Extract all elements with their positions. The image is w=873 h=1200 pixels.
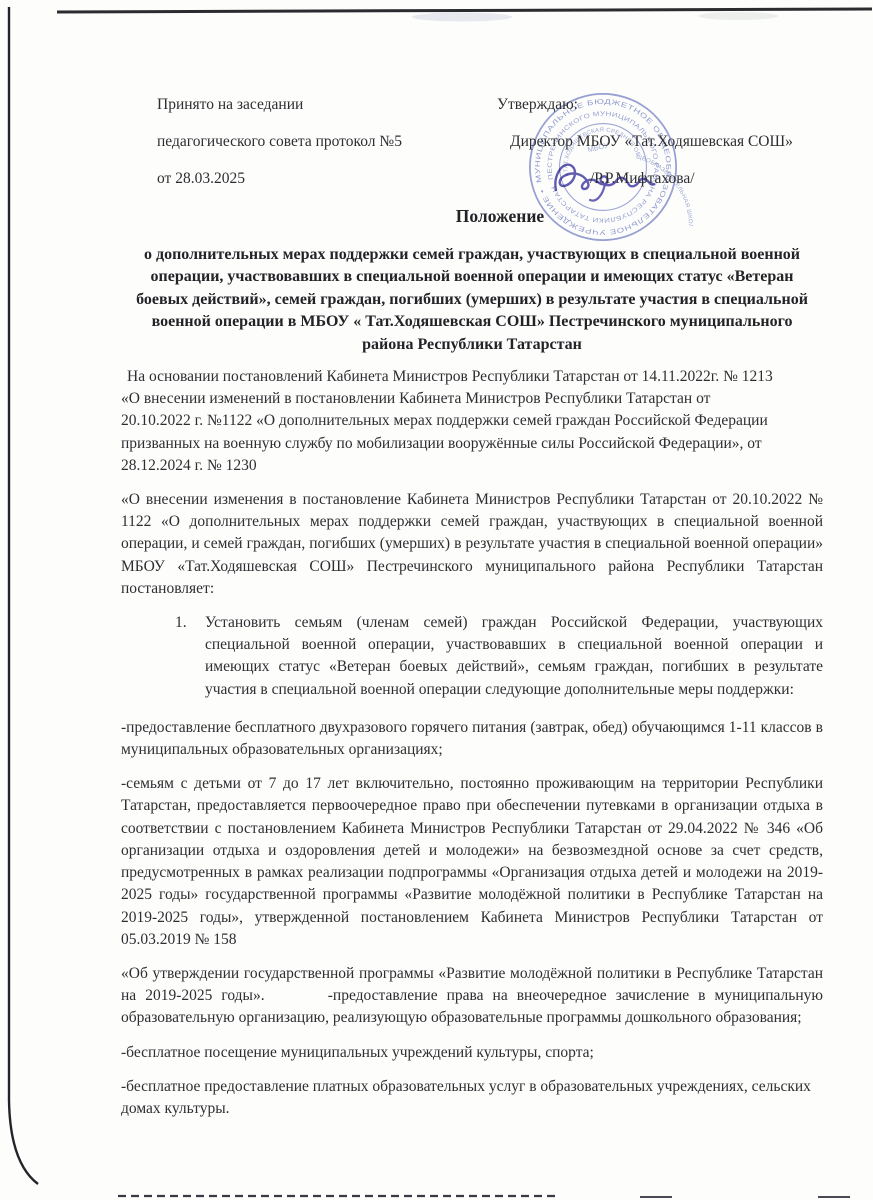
document-content: Принято на заседании педагогического сов… — [121, 96, 823, 1120]
approval-header: Принято на заседании педагогического сов… — [121, 96, 823, 196]
item-1-number: 1. — [175, 612, 187, 634]
paragraph-measure-vouchers: -семьям с детьми от 7 до 17 лет включите… — [121, 773, 823, 951]
scan-left-edge-line — [9, 7, 38, 1184]
scanned-document-page: МУНИЦИПАЛЬНОЕ БЮДЖЕТНОЕ ОБЩЕОБРАЗОВАТЕЛЬ… — [0, 0, 873, 1200]
paragraph-measure-paid-services: -бесплатное предоставление платных образ… — [121, 1076, 823, 1120]
paragraph-amendment: «О внесении изменения в постановление Ка… — [121, 489, 823, 600]
approved-label: Утверждаю: — [497, 96, 827, 114]
scan-ink-smudge-2 — [698, 12, 778, 20]
approved-director-line: Директор МБОУ «Тат.Ходяшевская СОШ» — [510, 133, 827, 151]
paragraph-legal-basis: На основании постановлений Кабинета Мини… — [121, 366, 823, 477]
item-1-text: Установить семьям (членам семей) граждан… — [205, 614, 823, 698]
numbered-item-1: 1. Установить семьям (членам семей) граж… — [121, 612, 823, 701]
accepted-line-1: Принято на заседании — [157, 96, 487, 114]
basis-line: «О внесении изменений в постановлении Ка… — [121, 388, 823, 410]
scan-ink-smudge — [412, 13, 512, 22]
document-title: Положение — [149, 206, 851, 226]
accepted-block: Принято на заседании педагогического сов… — [157, 96, 487, 207]
accepted-line-2: педагогического совета протокол №5 — [157, 133, 487, 151]
document-subtitle: о дополнительных мерах поддержки семей г… — [127, 244, 817, 356]
approved-block: Утверждаю: Директор МБОУ «Тат.Ходяшевска… — [497, 96, 827, 207]
basis-line: 28.12.2024 г. № 1230 — [121, 455, 823, 477]
paragraph-measure-meals: -предоставление бесплатного двухразового… — [121, 717, 823, 761]
paragraph-measure-culture-sport: -бесплатное посещение муниципальных учре… — [121, 1042, 823, 1064]
accepted-line-3: от 28.03.2025 — [157, 170, 487, 188]
basis-line: На основании постановлений Кабинета Мини… — [121, 366, 823, 388]
paragraph-measure-enrollment: «Об утверждении государственной программ… — [121, 963, 823, 1030]
basis-line: призванных на военную службу по мобилиза… — [121, 433, 823, 455]
approved-signatory-name: /Р.Р.Мифтахова/ — [590, 170, 827, 188]
scan-top-edge-line — [57, 9, 872, 12]
basis-line: 20.10.2022 г. №1122 «О дополнительных ме… — [121, 410, 823, 432]
